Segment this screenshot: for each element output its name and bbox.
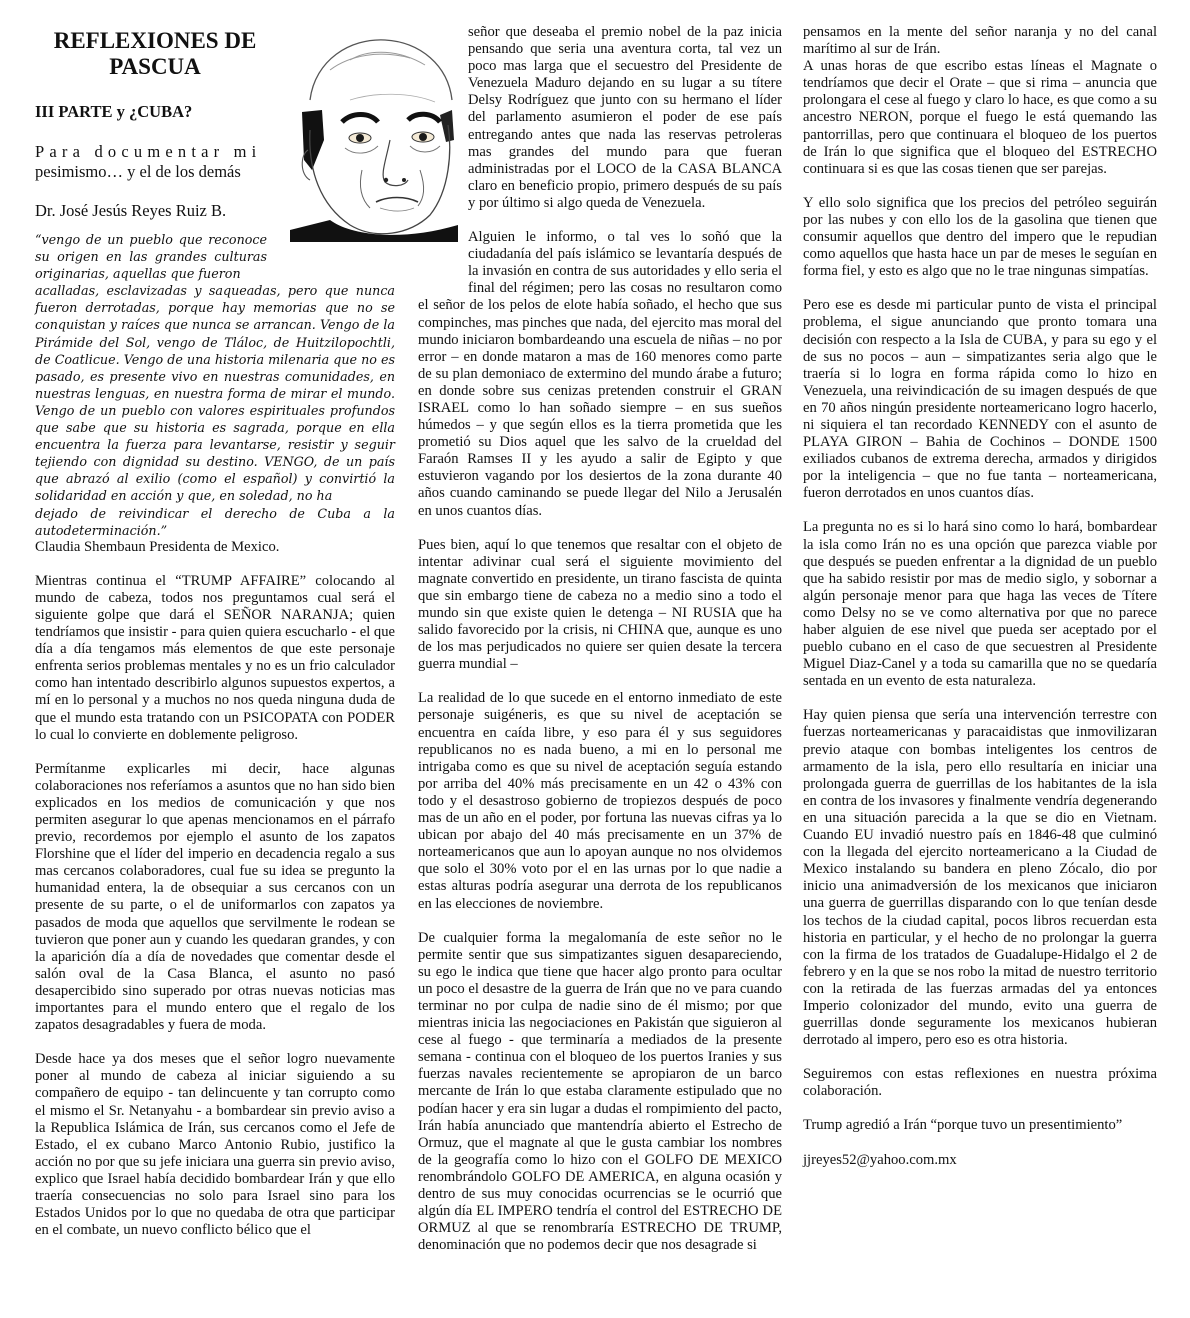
quote-opening: “vengo de un pueblo que reconoce su orig… [35, 231, 267, 282]
body-paragraph: Alguien le informo, o tal ves lo soñó qu… [418, 229, 782, 520]
body-paragraph: Desde hace ya dos meses que el señor log… [35, 1051, 395, 1239]
quote-closing: dejado de reivindicar el derecho de Cuba… [35, 506, 395, 538]
article-tagline: Para documentar mi pesimismo… y el de lo… [35, 142, 273, 182]
article-subtitle: III PARTE y ¿CUBA? [35, 102, 395, 122]
left-column: REFLEXIONES DE PASCUA III PARTE y ¿CUBA?… [35, 24, 395, 1256]
body-paragraph: señor que deseaba el premio nobel de la … [418, 24, 782, 212]
body-paragraph: La pregunta no es si lo hará sino como l… [803, 519, 1157, 690]
body-paragraph: La realidad de lo que sucede en el entor… [418, 690, 782, 912]
quote-attribution: Claudia Shembaun Presidenta de Mexico. [35, 539, 395, 556]
body-paragraph: Permítanme explicarles mi decir, hace al… [35, 761, 395, 1035]
middle-column: señor que deseaba el premio nobel de la … [418, 24, 782, 1271]
body-paragraph: A unas horas de que escribo estas líneas… [803, 58, 1157, 178]
author-email-link[interactable]: jjreyes52@yahoo.com.mx [803, 1152, 1157, 1169]
article-title: REFLEXIONES DE PASCUA [35, 28, 275, 80]
body-paragraph: Pues bien, aquí lo que tenemos que resal… [418, 537, 782, 674]
closing-note: Seguiremos con estas reflexiones en nues… [803, 1066, 1157, 1100]
right-column: pensamos en la mente del señor naranja y… [803, 24, 1157, 1186]
body-paragraph: De cualquier forma la megalomanía de est… [418, 930, 782, 1255]
tagline-rest: pesimismo… y el de los demás [35, 162, 241, 181]
portrait-wrap-space [418, 14, 468, 284]
tagline-spaced: Para documentar mi [35, 142, 261, 161]
author-byline: Dr. José Jesús Reyes Ruiz B. [35, 201, 395, 221]
body-paragraph: Pero ese es desde mi particular punto de… [803, 297, 1157, 502]
body-paragraph: Hay quien piensa que sería una intervenc… [803, 707, 1157, 1049]
body-paragraph: pensamos en la mente del señor naranja y… [803, 24, 1157, 58]
body-paragraph: Mientras continua el “TRUMP AFFAIRE” col… [35, 573, 395, 744]
closing-headline: Trump agredió a Irán “porque tuvo un pre… [803, 1117, 1157, 1134]
epigraph-quote: “vengo de un pueblo que reconoce su orig… [35, 231, 395, 539]
body-paragraph: Y ello solo significa que los precios de… [803, 195, 1157, 280]
quote-body: acalladas, esclavizadas y saqueadas, per… [35, 283, 395, 503]
